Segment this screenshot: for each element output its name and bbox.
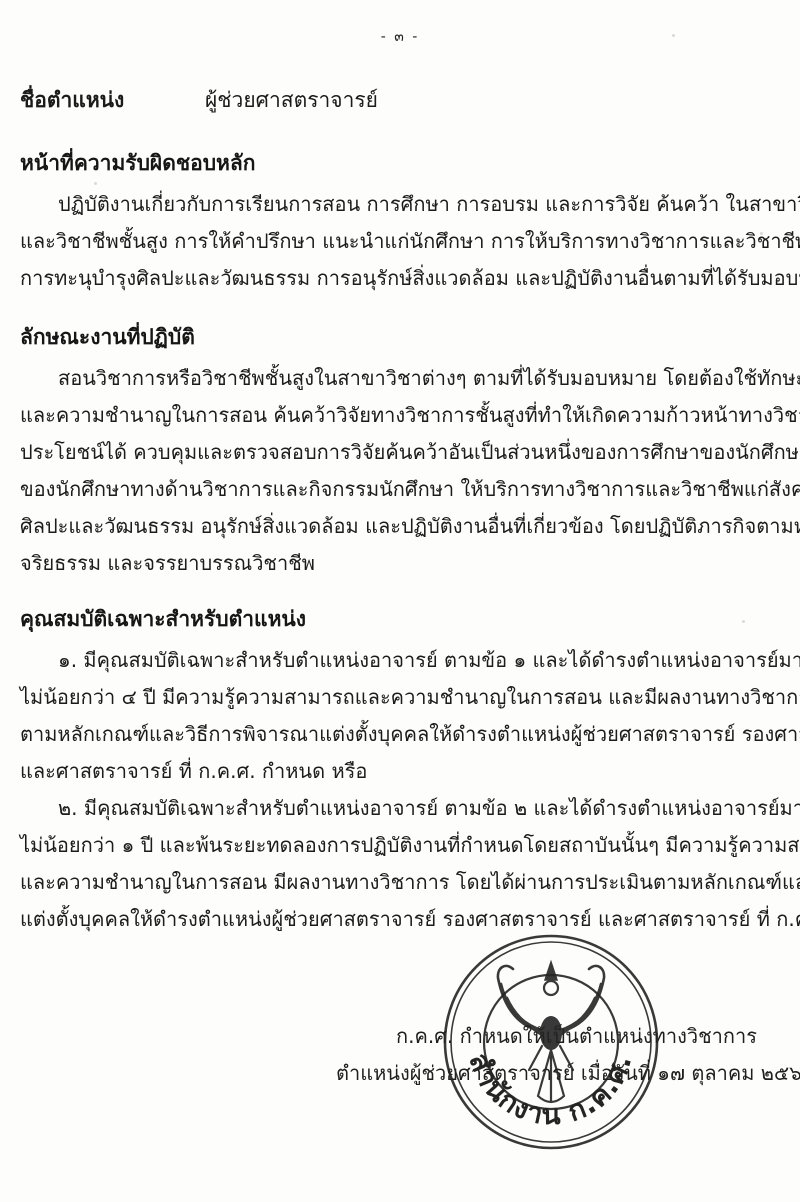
section-qualifications: คุณสมบัติเฉพาะสำหรับตำแหน่ง ๑. มีคุณสมบั… bbox=[20, 604, 784, 938]
text-line: และความชำนาญในการสอน ค้นคว้าวิจัยทางวิชา… bbox=[20, 397, 784, 434]
official-seal: สำนักงาน ก.ค.ศ. bbox=[441, 932, 661, 1154]
section-body: สอนวิชาการหรือวิชาชีพชั้นสูงในสาขาวิชาต่… bbox=[20, 360, 784, 582]
text-line: ไม่น้อยกว่า ๔ ปี มีความรู้ความสามารถและค… bbox=[20, 679, 784, 716]
section-body: ปฏิบัติงานเกี่ยวกับการเรียนการสอน การศึก… bbox=[20, 186, 784, 297]
text-line: ไม่น้อยกว่า ๑ ปี และพ้นระยะทดลองการปฏิบั… bbox=[20, 827, 784, 864]
text-line: แต่งตั้งบุคคลให้ดำรงตำแหน่งผู้ช่วยศาสตรา… bbox=[20, 901, 784, 938]
text-line: การทะนุบำรุงศิลปะและวัฒนธรรม การอนุรักษ์… bbox=[20, 260, 784, 297]
position-title-value: ผู้ช่วยศาสตราจารย์ bbox=[205, 84, 378, 117]
section-work-characteristics: ลักษณะงานที่ปฏิบัติ สอนวิชาการหรือวิชาชี… bbox=[20, 322, 784, 582]
section-heading: หน้าที่ความรับผิดชอบหลัก bbox=[20, 148, 784, 178]
position-title-label: ชื่อตำแหน่ง bbox=[20, 84, 124, 117]
text-line: ๒. มีคุณสมบัติเฉพาะสำหรับตำแหน่งอาจารย์ … bbox=[20, 790, 784, 827]
scanned-document-page: - ๓ - ชื่อตำแหน่ง ผู้ช่วยศาสตราจารย์ หน้… bbox=[0, 0, 800, 1202]
text-line: และศาสตราจารย์ ที่ ก.ค.ศ. กำหนด หรือ bbox=[20, 753, 784, 790]
text-line: ของนักศึกษาทางด้านวิชาการและกิจกรรมนักศึ… bbox=[20, 471, 784, 508]
paragraph: สอนวิชาการหรือวิชาชีพชั้นสูงในสาขาวิชาต่… bbox=[20, 360, 784, 582]
section-body: ๑. มีคุณสมบัติเฉพาะสำหรับตำแหน่งอาจารย์ … bbox=[20, 642, 784, 938]
section-heading: ลักษณะงานที่ปฏิบัติ bbox=[20, 322, 784, 352]
text-line: และวิชาชีพชั้นสูง การให้คำปรึกษา แนะนำแก… bbox=[20, 223, 784, 260]
paragraph: ๑. มีคุณสมบัติเฉพาะสำหรับตำแหน่งอาจารย์ … bbox=[20, 642, 784, 790]
paragraph: ปฏิบัติงานเกี่ยวกับการเรียนการสอน การศึก… bbox=[20, 186, 784, 297]
text-line: ปฏิบัติงานเกี่ยวกับการเรียนการสอน การศึก… bbox=[20, 186, 784, 223]
text-line: สอนวิชาการหรือวิชาชีพชั้นสูงในสาขาวิชาต่… bbox=[20, 360, 784, 397]
text-line: ๑. มีคุณสมบัติเฉพาะสำหรับตำแหน่งอาจารย์ … bbox=[20, 642, 784, 679]
text-line: และความชำนาญในการสอน มีผลงานทางวิชาการ โ… bbox=[20, 864, 784, 901]
text-line: ตามหลักเกณฑ์และวิธีการพิจารณาแต่งตั้งบุค… bbox=[20, 716, 784, 753]
scan-noise-speck bbox=[742, 620, 745, 623]
page-number: - ๓ - bbox=[0, 26, 800, 48]
text-line: ศิลปะและวัฒนธรรม อนุรักษ์สิ่งแวดล้อม และ… bbox=[20, 508, 784, 545]
section-main-duties: หน้าที่ความรับผิดชอบหลัก ปฏิบัติงานเกี่ย… bbox=[20, 148, 784, 297]
garuda-icon bbox=[498, 962, 604, 1102]
paragraph: ๒. มีคุณสมบัติเฉพาะสำหรับตำแหน่งอาจารย์ … bbox=[20, 790, 784, 938]
text-line: ประโยชน์ได้ ควบคุมและตรวจสอบการวิจัยค้นค… bbox=[20, 434, 784, 471]
position-title-row: ชื่อตำแหน่ง ผู้ช่วยศาสตราจารย์ bbox=[20, 84, 780, 118]
section-heading: คุณสมบัติเฉพาะสำหรับตำแหน่ง bbox=[20, 604, 784, 634]
scan-noise-speck bbox=[672, 34, 675, 37]
text-line: จริยธรรม และจรรยาบรรณวิชาชีพ bbox=[20, 545, 784, 582]
scan-noise-speck bbox=[760, 232, 763, 235]
scan-noise-speck bbox=[94, 182, 97, 185]
